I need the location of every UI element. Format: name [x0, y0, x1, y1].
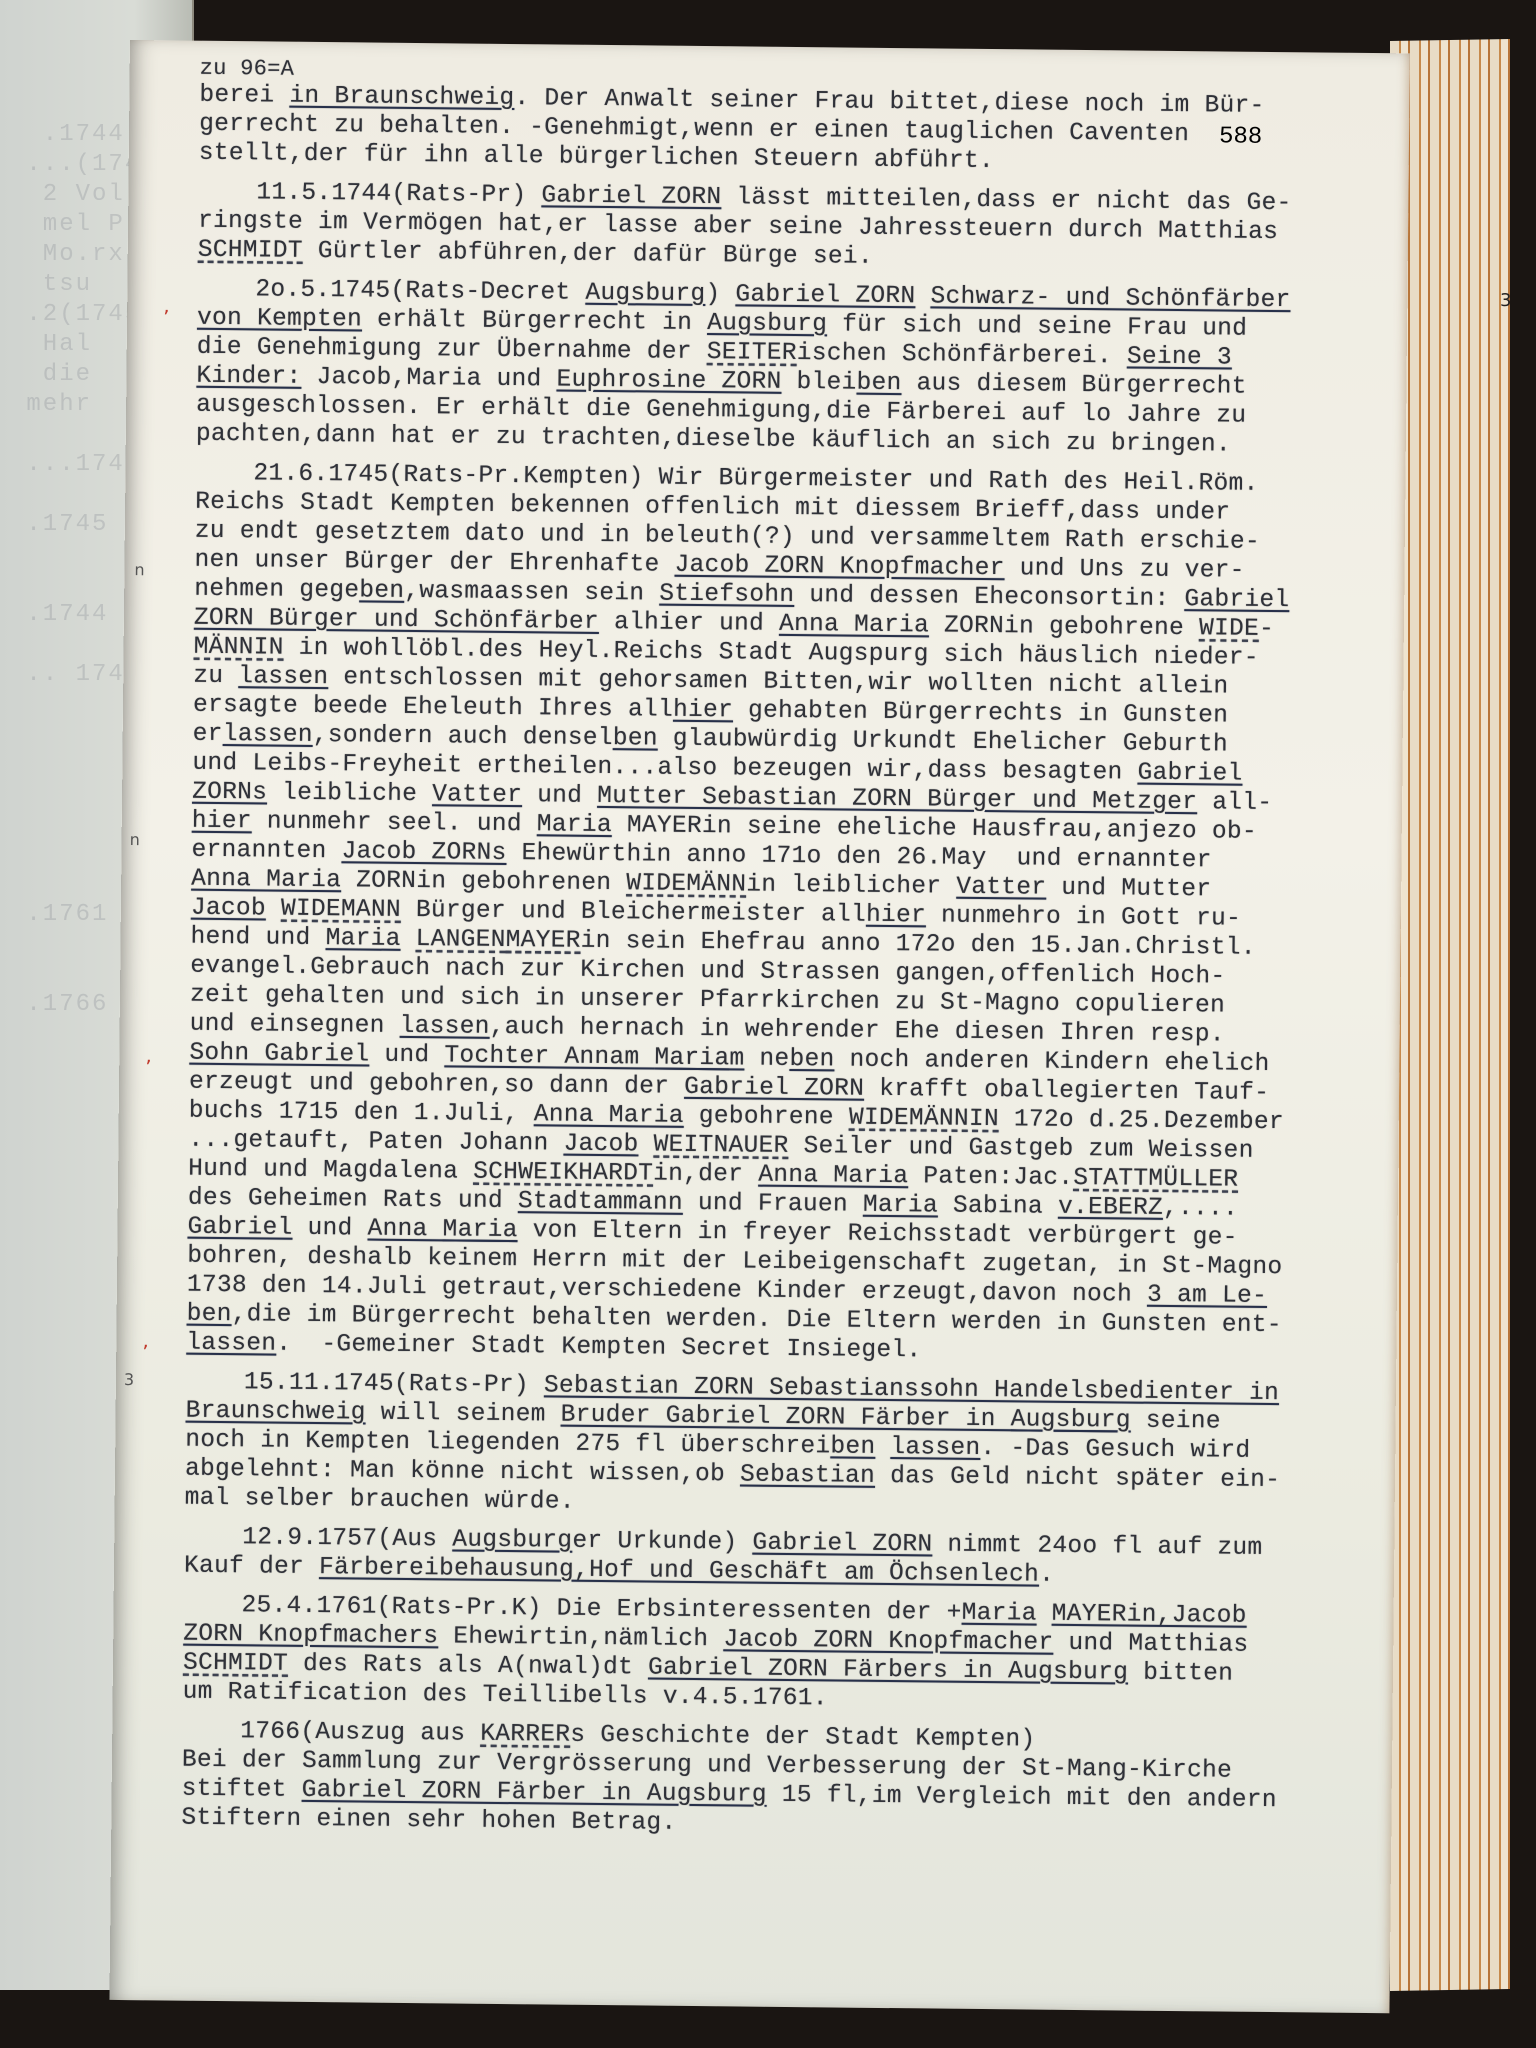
red-tick-mark: ʼ: [163, 305, 170, 329]
red-tick-mark: ʼ: [145, 1055, 152, 1079]
typewritten-page: 588 zu 96=A berei in Braunschweig. Der A…: [109, 40, 1409, 2013]
margin-mark: n: [134, 560, 144, 579]
page-body: zu 96=A berei in Braunschweig. Der Anwal…: [181, 57, 1410, 1846]
red-tick-mark: ʼ: [142, 1340, 149, 1364]
edge-page-mark: 3: [1500, 290, 1511, 311]
text-lines: berei in Braunschweig. Der Anwalt seiner…: [181, 81, 1409, 1846]
margin-mark: n: [130, 830, 140, 849]
margin-mark: 3: [124, 1370, 134, 1389]
book-fore-edges: [1390, 39, 1510, 1991]
